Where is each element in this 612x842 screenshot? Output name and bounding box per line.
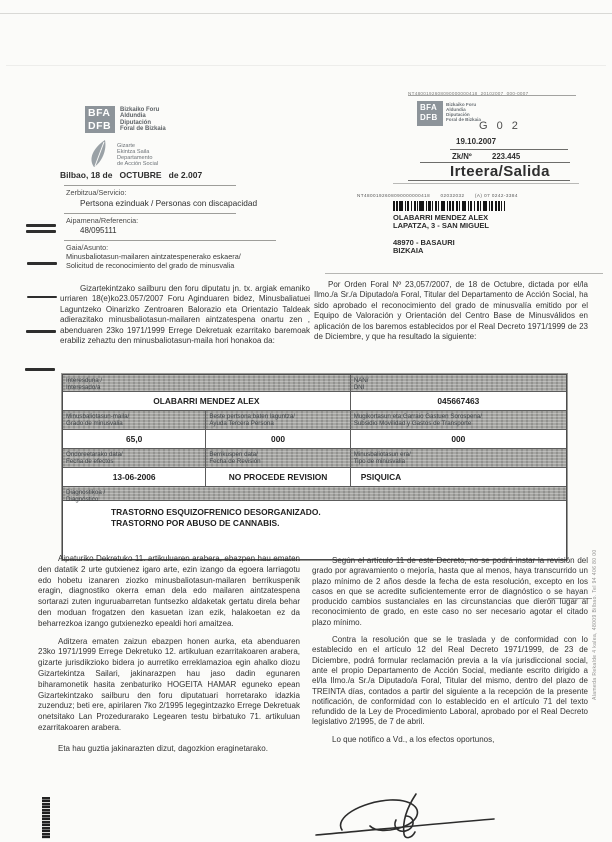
scan-mark	[26, 230, 56, 233]
body-eu-paragraph-2: Aditzera ematen zaizun ebazpen honen aur…	[38, 637, 300, 734]
stamp-rule	[393, 183, 579, 184]
table-row: OLABARRI MENDEZ ALEX 045667463	[63, 391, 566, 410]
bfa-dfb-logo: BFA DFB	[85, 106, 115, 133]
intro-paragraph-spanish: Por Orden Foral Nº 23,057/2007, de 18 de…	[314, 280, 588, 342]
body-es-paragraph-1: Según el artículo 11 de este Decreto, no…	[312, 556, 588, 628]
stamp-date: 19.10.2007	[456, 137, 496, 146]
scan-line-top-2	[6, 65, 606, 66]
resolution-table: Interesduna / Interesado/a NAN/ DNI OLAB…	[62, 374, 567, 560]
scan-mark	[25, 368, 55, 371]
scan-mark	[27, 262, 57, 265]
field-rule	[64, 185, 236, 186]
service-value: Pertsona ezinduak / Personas con discapa…	[80, 198, 257, 208]
leaf-icon	[86, 139, 112, 174]
value-mobility: 000	[350, 430, 566, 448]
scan-mark	[26, 224, 56, 227]
scan-mark	[27, 296, 57, 298]
table-row: Ondoreetarako data/ Fecha de efectos Ber…	[63, 448, 566, 467]
right-column-rule	[325, 273, 603, 274]
stamp-microtext-bottom: NT4800192608090000000418 02032032 (A) 07…	[357, 193, 587, 198]
stamp-strike-line	[408, 95, 576, 96]
value-dni: 045667463	[350, 392, 566, 410]
stamp-org-name: Bizkaiko Foru Aldundia Diputación Foral …	[446, 102, 481, 122]
department-name: Gizarte Ekintza Saila Departamento de Ac…	[117, 143, 158, 167]
field-rule	[64, 213, 236, 214]
scan-mark	[26, 330, 56, 333]
value-grade: 65,0	[63, 430, 205, 448]
stamp-title: Irteera/Salida	[450, 163, 550, 180]
header-third-person-aid: Beste pertsona baten laguntza/ Ayuda Ter…	[205, 411, 349, 429]
table-row: Diagnostikoa / Diagnóstico	[63, 486, 566, 500]
body-column-spanish: Según el artículo 11 de este Decreto, no…	[312, 556, 588, 752]
value-name: OLABARRI MENDEZ ALEX	[63, 392, 350, 410]
header-effect-date: Ondoreetarako data/ Fecha de efectos	[63, 449, 205, 467]
field-rule	[64, 240, 276, 241]
header-disability-type: Minusbaliotasun era/ Tipo de minusvalia	[350, 449, 566, 467]
value-third-person: 000	[205, 430, 349, 448]
header-mobility-subsidy: Mugikortasun eta Garraio Gastuen Sorospe…	[350, 411, 566, 429]
intro-paragraph-basque: Gizartekintzako sailburu den foru diputa…	[60, 284, 310, 346]
reference-label: Aipamena/Referencia:	[66, 216, 138, 225]
table-row: TRASTORNO ESQUIZOFRENICO DESORGANIZADO. …	[63, 500, 566, 559]
body-eu-paragraph-1: Aipaturiko Dekretuko 11. artikuluaren ar…	[38, 554, 300, 630]
value-diagnosis: TRASTORNO ESQUIZOFRENICO DESORGANIZADO. …	[63, 501, 566, 559]
service-label: Zerbitzua/Servicio:	[66, 188, 126, 197]
barcode	[393, 201, 505, 211]
table-row: 13-06-2006 NO PROCEDE REVISION PSIQUICA	[63, 467, 566, 486]
document-date: Bilbao, 18 de OCTUBRE de 2.007	[60, 170, 202, 180]
margin-address-text: Alameda Rekalde 4 kalea, 48009 Bilbao. T…	[592, 400, 598, 700]
document-page: BFA DFB Bizkaiko Foru Aldundia Diputació…	[0, 0, 612, 842]
header-dni: NAN/ DNI	[350, 375, 566, 391]
stamp-number-label: Zk/Nº	[452, 152, 472, 161]
recipient-address: OLABARRI MENDEZ ALEX LAPATZA, 3 - SAN MI…	[393, 214, 489, 255]
table-row: Interesduna / Interesado/a NAN/ DNI	[63, 375, 566, 391]
body-es-paragraph-2: Contra la resolución que se le traslada …	[312, 635, 588, 728]
value-type: PSIQUICA	[350, 468, 566, 486]
header-revision-date: Berrikuspen data/ Fecha de Revisión	[205, 449, 349, 467]
header-diagnosis: Diagnostikoa / Diagnóstico	[63, 487, 566, 500]
body-column-basque: Aipaturiko Dekretuko 11. artikuluaren ar…	[38, 554, 300, 762]
stamp-rule	[450, 149, 568, 150]
org-name: Bizkaiko Foru Aldundia Diputación Foral …	[120, 107, 166, 133]
subject-label: Gaia/Asunto:	[66, 243, 108, 252]
body-es-closing: Lo que notifico a Vd., a los efectos opo…	[312, 735, 588, 745]
value-revision: NO PROCEDE REVISION	[205, 468, 349, 486]
table-row: 65,0 000 000	[63, 429, 566, 448]
body-eu-closing: Eta hau guztia jakinarazten dizut, dagoz…	[38, 744, 300, 755]
table-row: Minusbaliotasun-maila/ Grado de minusval…	[63, 410, 566, 429]
value-effect-date: 13-06-2006	[63, 468, 205, 486]
signature	[312, 790, 497, 842]
subject-value: Minusbaliotasun-mailaren aintzatespenera…	[66, 252, 241, 270]
reference-value: 48/095111	[80, 226, 117, 235]
header-interested-party: Interesduna / Interesado/a	[63, 375, 350, 391]
stamp-office-code: G 0 2	[479, 120, 521, 132]
stamp-rule	[408, 180, 570, 181]
bottom-left-code-mark	[42, 797, 50, 839]
scan-line-top	[0, 13, 612, 14]
stamp-bfa-dfb-logo: BFA DFB	[417, 101, 443, 126]
stamp-number-value: 223.445	[492, 152, 520, 161]
header-disability-grade: Minusbaliotasun-maila/ Grado de minusval…	[63, 411, 205, 429]
